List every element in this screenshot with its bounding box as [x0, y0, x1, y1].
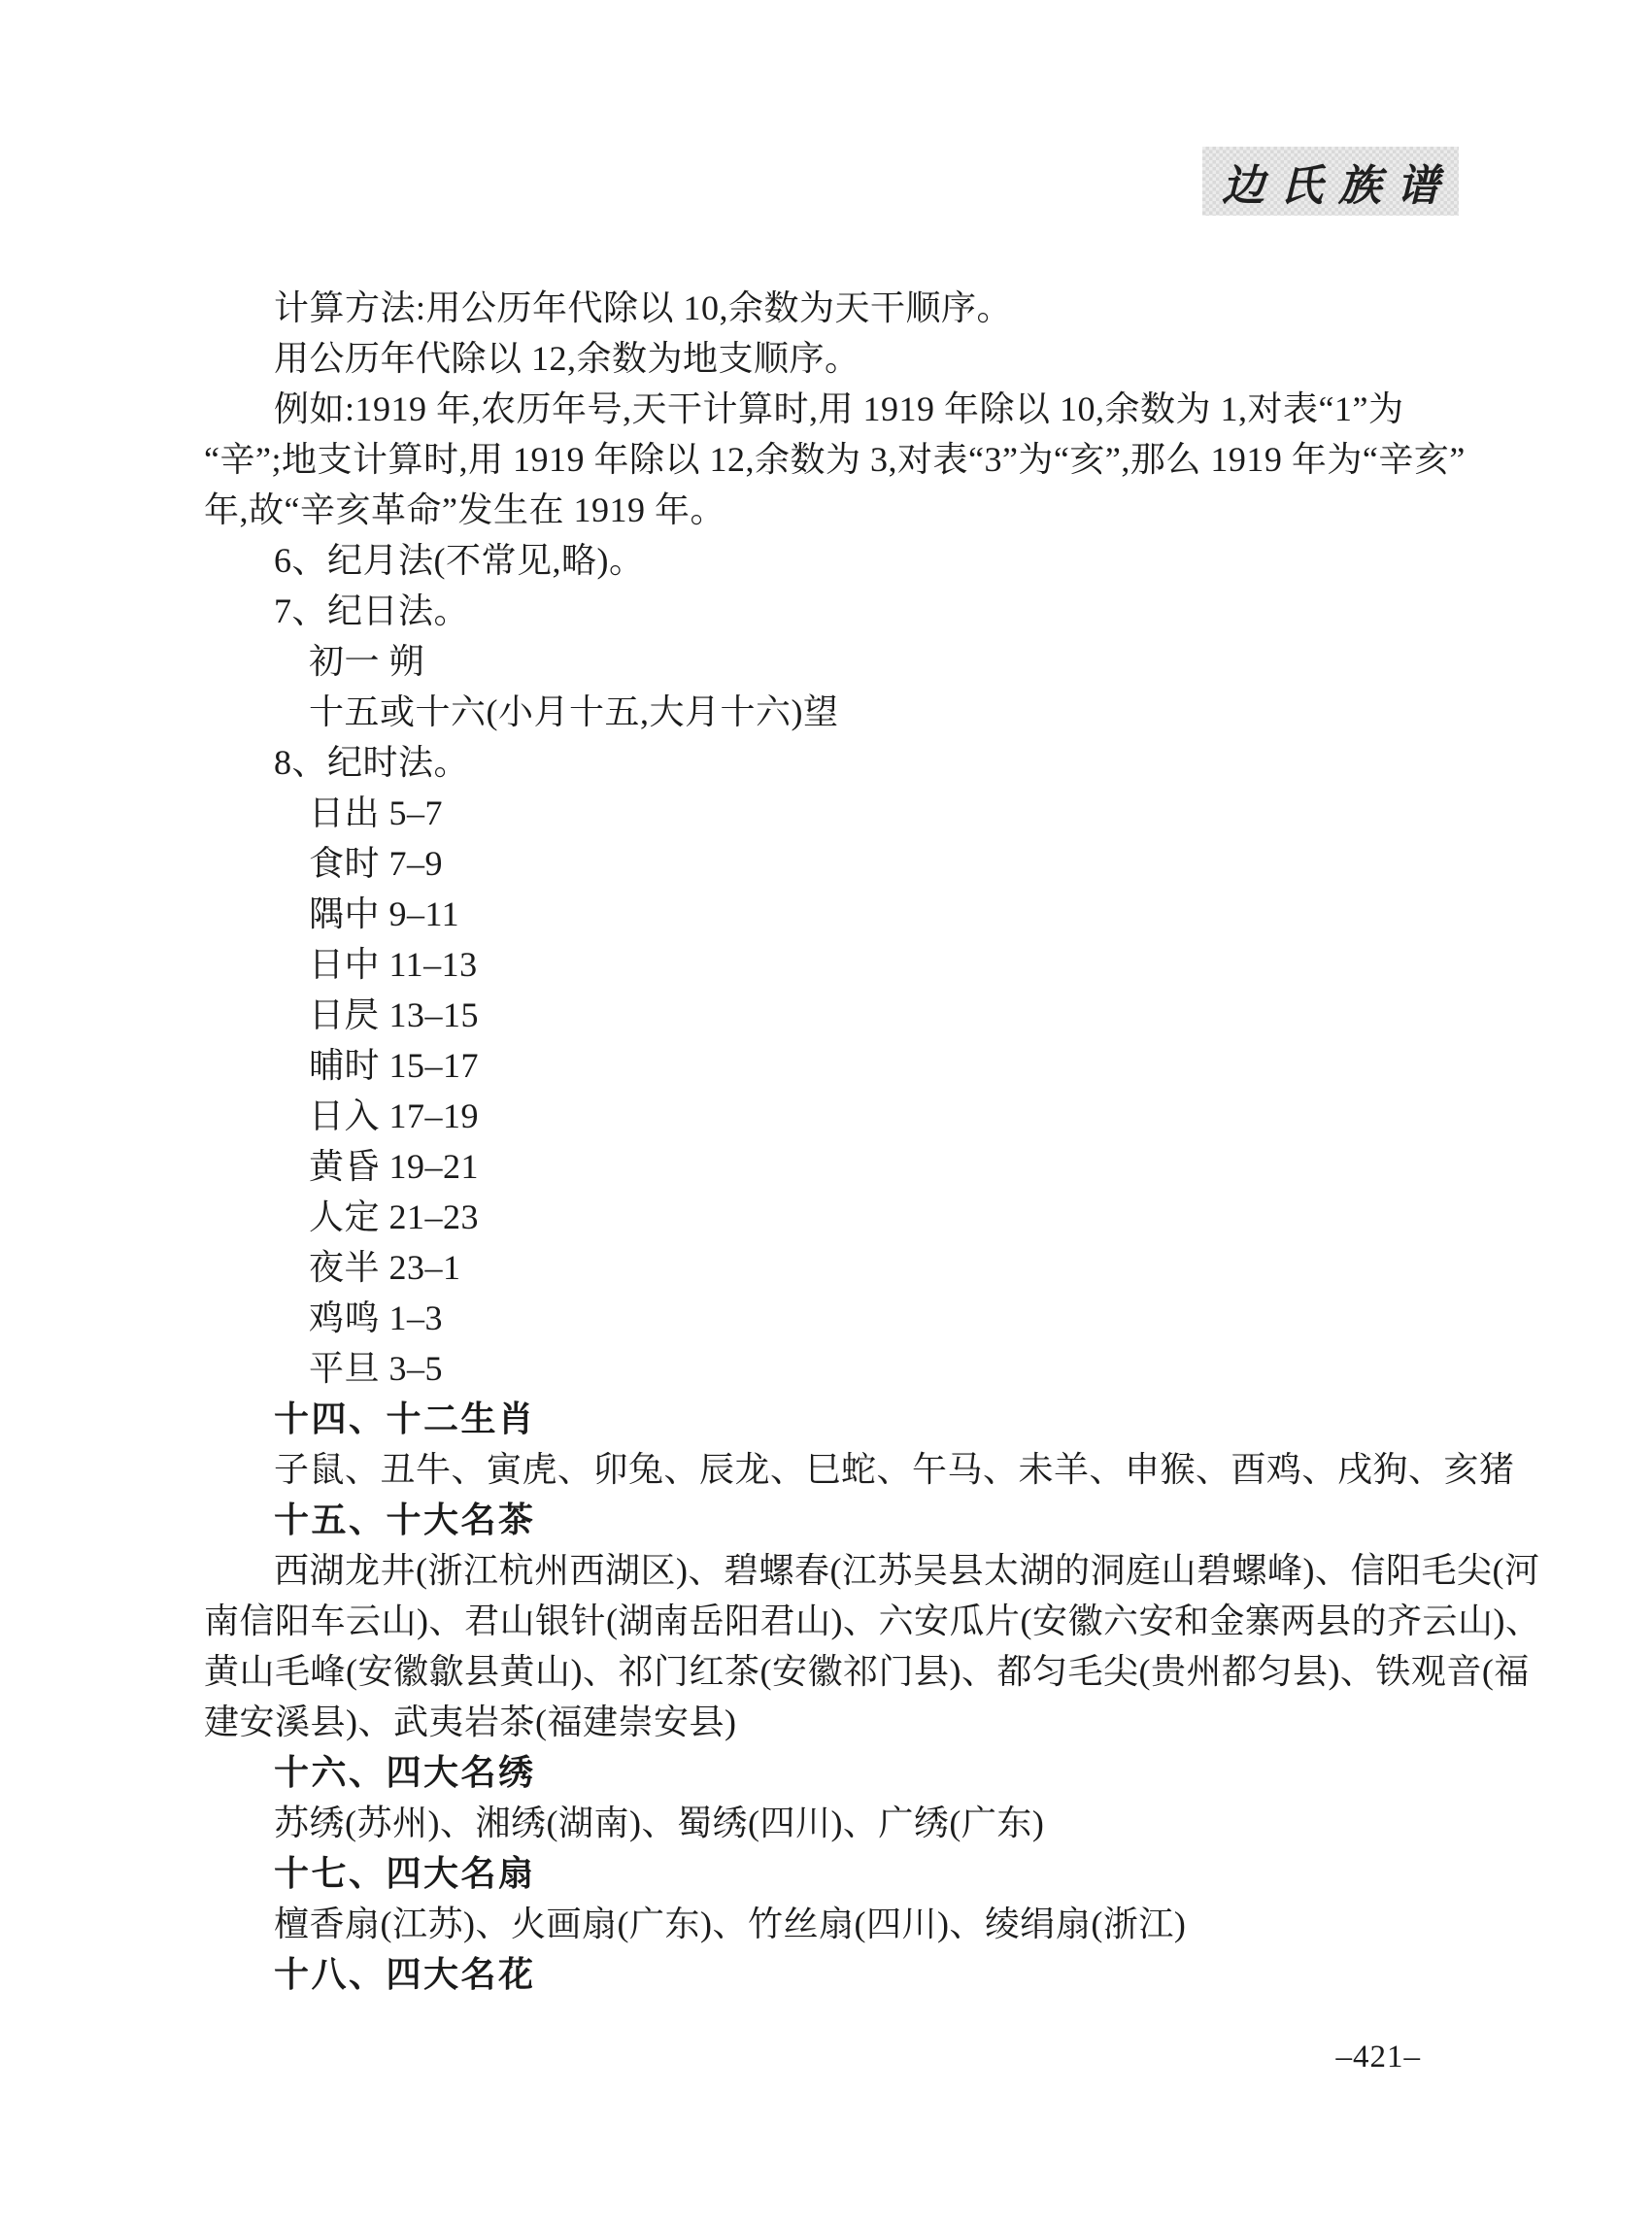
text-line: 日出 5–7 — [204, 788, 1452, 838]
text-line: 夜半 23–1 — [204, 1242, 1452, 1293]
section-heading: 十四、十二生肖 — [204, 1394, 1452, 1444]
text-line: 年,故“辛亥革命”发生在 1919 年。 — [204, 485, 1452, 535]
document-page: 边氏族谱 计算方法:用公历年代除以 10,余数为天干顺序。用公历年代除以 12,… — [0, 0, 1652, 2226]
text-line: 用公历年代除以 12,余数为地支顺序。 — [204, 333, 1452, 384]
text-line: 建安溪县)、武夷岩茶(福建崇安县) — [204, 1697, 1452, 1747]
text-line: 计算方法:用公历年代除以 10,余数为天干顺序。 — [204, 283, 1452, 333]
section-heading: 十六、四大名绣 — [204, 1747, 1452, 1798]
text-line: 子鼠、丑牛、寅虎、卯兔、辰龙、巳蛇、午马、未羊、申猴、酉鸡、戌狗、亥猪 — [204, 1444, 1452, 1495]
text-line: 6、纪月法(不常见,略)。 — [204, 535, 1452, 586]
text-line: 十五或十六(小月十五,大月十六)望 — [204, 687, 1452, 737]
section-heading: 十五、十大名茶 — [204, 1495, 1452, 1545]
page-body: 计算方法:用公历年代除以 10,余数为天干顺序。用公历年代除以 12,余数为地支… — [204, 283, 1452, 2000]
text-line: 例如:1919 年,农历年号,天干计算时,用 1919 年除以 10,余数为 1… — [204, 384, 1452, 434]
text-line: 7、纪日法。 — [204, 586, 1452, 636]
header-badge: 边氏族谱 — [1202, 147, 1459, 216]
text-line: 晡时 15–17 — [204, 1040, 1452, 1091]
section-heading: 十八、四大名花 — [204, 1949, 1452, 2000]
text-line: 隅中 9–11 — [204, 889, 1452, 939]
text-line: 苏绣(苏州)、湘绣(湖南)、蜀绣(四川)、广绣(广东) — [204, 1798, 1452, 1848]
text-line: 8、纪时法。 — [204, 737, 1452, 788]
text-line: 初一 朔 — [204, 636, 1452, 687]
text-line: 日昃 13–15 — [204, 990, 1452, 1040]
text-line: 日中 11–13 — [204, 939, 1452, 990]
text-line: 南信阳车云山)、君山银针(湖南岳阳君山)、六安瓜片(安徽六安和金寨两县的齐云山)… — [204, 1596, 1452, 1646]
text-line: 黄昏 19–21 — [204, 1141, 1452, 1192]
text-line: 食时 7–9 — [204, 838, 1452, 889]
text-line: “辛”;地支计算时,用 1919 年除以 12,余数为 3,对表“3”为“亥”,… — [204, 434, 1452, 485]
section-heading: 十七、四大名扇 — [204, 1848, 1452, 1899]
text-line: 檀香扇(江苏)、火画扇(广东)、竹丝扇(四川)、绫绢扇(浙江) — [204, 1899, 1452, 1949]
text-line: 人定 21–23 — [204, 1192, 1452, 1242]
page-number: –421– — [1336, 2038, 1422, 2076]
text-line: 西湖龙井(浙江杭州西湖区)、碧螺春(江苏吴县太湖的洞庭山碧螺峰)、信阳毛尖(河 — [204, 1545, 1452, 1596]
text-line: 日入 17–19 — [204, 1091, 1452, 1141]
text-line: 平旦 3–5 — [204, 1343, 1452, 1394]
text-line: 鸡鸣 1–3 — [204, 1293, 1452, 1343]
text-line: 黄山毛峰(安徽歙县黄山)、祁门红茶(安徽祁门县)、都匀毛尖(贵州都匀县)、铁观音… — [204, 1646, 1452, 1697]
